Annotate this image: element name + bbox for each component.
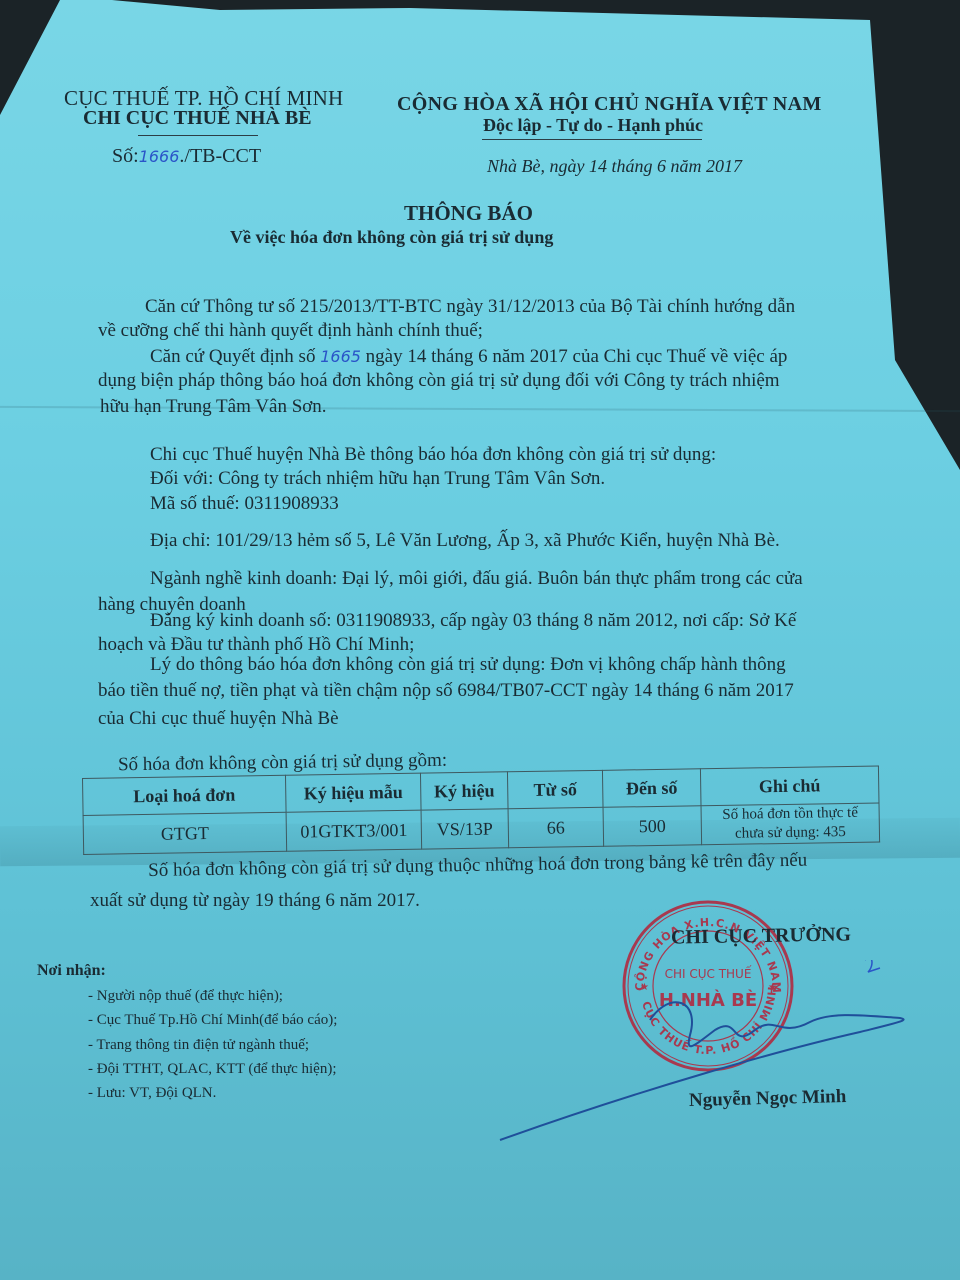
divider (138, 135, 258, 136)
registration-line: hoạch và Đầu tư thành phố Hồ Chí Minh; (98, 634, 414, 656)
signer-name: Nguyễn Ngọc Minh (689, 1086, 847, 1112)
business-line: Ngành nghề kinh doanh: Đại lý, môi giới,… (150, 568, 803, 590)
divider (482, 139, 702, 140)
paragraph-line: về cưỡng chế thi hành quyết định hành ch… (98, 320, 483, 342)
sub-agency-name: CHI CỤC THUẾ NHÀ BÈ (83, 107, 312, 130)
text: ngày 14 tháng 6 năm 2017 của Chi cục Thu… (361, 346, 788, 367)
paragraph-line: Căn cứ Quyết định số 1665 ngày 14 tháng … (150, 346, 787, 368)
paragraph-line: Căn cứ Thông tư số 215/2013/TT-BTC ngày … (145, 296, 795, 318)
validity-line: xuất sử dụng từ ngày 19 tháng 6 năm 2017… (90, 890, 420, 912)
address-line: Địa chỉ: 101/29/13 hẻm số 5, Lê Văn Lươn… (150, 530, 780, 552)
cell-series: VS/13P (421, 809, 509, 849)
cell-note: Số hoá đơn tồn thực tế chưa sử dụng: 435 (701, 803, 880, 845)
header-template-code: Ký hiệu mẫu (285, 773, 421, 812)
recipients-title: Nơi nhận: (37, 962, 106, 980)
paragraph-line: dụng biện pháp thông báo hoá đơn không c… (98, 370, 780, 392)
cell-invoice-type: GTGT (83, 812, 287, 854)
national-motto: Độc lập - Tự do - Hạnh phúc (483, 115, 703, 136)
header-to-number: Đến số (602, 769, 701, 808)
recipient-item: - Cục Thuế Tp.Hồ Chí Minh(để báo cáo); (88, 1012, 337, 1029)
document-title: THÔNG BÁO (404, 201, 533, 226)
reason-line: của Chi cục thuế huyện Nhà Bè (98, 708, 339, 730)
document-subtitle: Về việc hóa đơn không còn giá trị sử dụn… (230, 227, 553, 248)
reason-line: báo tiền thuế nợ, tiền phạt và tiền chậm… (98, 680, 794, 702)
recipient-item: - Lưu: VT, Đội QLN. (88, 1085, 216, 1102)
handwritten-number: 1666 (139, 147, 180, 166)
invoice-table: Loại hoá đơn Ký hiệu mẫu Ký hiệu Từ số Đ… (82, 765, 880, 855)
recipient-item: - Người nộp thuế (để thực hiện); (88, 988, 283, 1005)
cell-from-number: 66 (508, 807, 604, 847)
paragraph-line: hữu hạn Trung Tâm Vân Sơn. (100, 396, 327, 418)
notice-line: Chi cục Thuế huyện Nhà Bè thông báo hóa … (150, 444, 716, 466)
company-line: Đối với: Công ty trách nhiệm hữu hạn Tru… (150, 468, 605, 490)
cell-to-number: 500 (603, 806, 702, 847)
recipient-item: - Đội TTHT, QLAC, KTT (để thực hiện); (88, 1061, 337, 1078)
cell-template-code: 01GTKT3/001 (286, 810, 422, 851)
document-number: Số:1666./TB-CCT (112, 145, 261, 168)
signer-title: CHI CỤC TRƯỞNG (671, 923, 851, 949)
signature-icon (480, 960, 960, 1150)
nation-name: CỘNG HÒA XÃ HỘI CHỦ NGHĨA VIỆT NAM (397, 93, 822, 116)
number-suffix: /TB-CCT (184, 145, 261, 167)
header-from-number: Từ số (507, 770, 603, 808)
place-date: Nhà Bè, ngày 14 tháng 6 năm 2017 (487, 156, 742, 177)
header-note: Ghi chú (700, 766, 879, 806)
recipient-item: - Trang thông tin điện tử ngành thuế; (88, 1037, 309, 1054)
reason-line: Lý do thông báo hóa đơn không còn giá tr… (150, 654, 786, 676)
handwritten-decision-number: 1665 (320, 347, 361, 366)
registration-line: Đăng ký kinh doanh số: 0311908933, cấp n… (150, 610, 796, 632)
header-invoice-type: Loại hoá đơn (83, 775, 287, 815)
text: Căn cứ Quyết định số (150, 346, 320, 367)
tax-code-line: Mã số thuế: 0311908933 (150, 493, 339, 515)
header-series: Ký hiệu (420, 772, 508, 810)
number-prefix: Số: (112, 145, 139, 167)
